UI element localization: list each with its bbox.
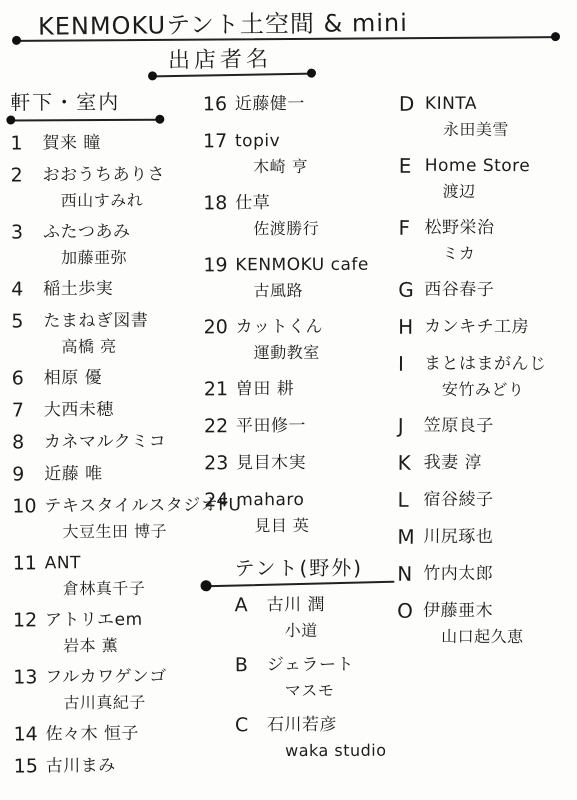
entry-name: 川尻琢也 [423,525,575,551]
entry-name: 相原 優 [44,366,202,392]
entry-number: 4 [11,277,43,302]
list-item: 21 曽田 耕 [204,377,399,403]
entry-line: maharo [236,488,399,514]
entry-number: 13 [13,665,45,690]
entry-letter: C [235,713,267,738]
entry-name: 賀来 瞳 [42,131,200,157]
entry-number: 3 [11,220,43,245]
entry-number: 22 [204,414,236,439]
entry-name: 曽田 耕 [236,377,399,403]
entry-number: 7 [12,398,44,423]
entry-line: 古川まみ [46,753,204,779]
list-item: 4 稲土歩実 [11,277,201,303]
tent-underline [205,581,395,588]
list-item: B ジェラートマスモ [235,653,400,704]
entry-number: 10 [12,494,44,519]
entry-line: waka studio [267,738,400,763]
entry-number: 6 [12,366,44,391]
entry-name: まとはまがんじ安竹みどり [424,352,576,403]
entry-line: 宿谷綾子 [424,488,576,514]
list-item: C 石川若彦waka studio [235,713,400,764]
list-item: E Home Store渡辺 [399,154,577,205]
entry-letter: A [235,593,267,618]
entry-line: 永田美雪 [425,117,577,143]
entry-line: たまねぎ図書 [43,309,201,335]
page-subtitle: 出店者名 [168,40,369,74]
list-item: 23 見目木実 [204,451,399,477]
entry-line: 西谷春子 [424,278,576,304]
entry-letter: L [398,488,424,513]
entry-letter: H [398,315,424,340]
list-item: 13 フルカワゲンゴ古川真紀子 [13,664,203,715]
list-item: 22 平田修一 [204,414,399,440]
list-item: F 松野栄治ミカ [398,216,576,267]
entry-number: 8 [12,430,44,455]
list-item: 16 近藤健一 [203,92,398,118]
entry-line: 倉林真千子 [45,576,203,602]
entry-number: 16 [203,92,235,117]
list-item: 14 佐々木 恒子 [13,721,203,747]
entry-line: 見目 英 [236,513,399,539]
entry-number: 11 [13,551,45,576]
indoor-list-continued: 16 近藤健一 17 topiv木崎 亨 18 仕草佐渡勝行 19 KENMOK… [203,92,400,539]
entry-line: 賀来 瞳 [42,131,200,157]
list-item: I まとはまがんじ安竹みどり [398,352,576,403]
entry-letter: E [399,154,425,179]
entry-letter: I [398,352,424,377]
entry-line: 山口起久恵 [423,624,575,650]
entry-name: 松野栄治ミカ [424,216,576,267]
list-item: 10 テキスタイルスタジオFU大豆生田 博子 [12,494,202,545]
list-item: G 西谷春子 [398,278,576,304]
entry-name: KENMOKU cafe古風路 [235,253,398,304]
entry-name: フルカワゲンゴ古川真紀子 [45,664,203,715]
page-title: KENMOKUテント土空間 & mini [38,1,538,41]
list-item: 19 KENMOKU cafe古風路 [203,253,398,304]
entry-line: 石川若彦 [267,713,400,738]
list-item: 12 アトリエem岩本 薫 [13,608,203,659]
entry-line: カネマルクミコ [44,430,202,456]
entry-name: 石川若彦waka studio [267,713,400,763]
entry-name: 我妻 淳 [424,451,576,477]
entry-line: KENMOKU cafe [235,253,398,279]
entry-name: Home Store渡辺 [425,154,577,205]
entry-line: 竹内太郎 [423,562,575,588]
entry-line: 運動教室 [236,340,399,366]
entry-name: 伊藤亜木山口起久恵 [423,599,575,650]
ink-dot-icon [12,36,21,45]
entry-line: 曽田 耕 [236,377,399,403]
entry-line: 笠原良子 [424,414,576,440]
list-item: 20 カットくん運動教室 [204,315,399,366]
entry-line: 大西未穂 [44,398,202,424]
entry-name: topiv木崎 亨 [235,129,398,180]
entry-line: 古風路 [235,278,398,304]
entry-line: Home Store [425,154,577,180]
entry-name: おおうちありさ西山すみれ [43,163,201,214]
entry-letter: F [398,216,424,241]
entry-line: おおうちありさ [43,163,201,189]
entry-name: 平田修一 [236,414,399,440]
section-header-indoor: 軒下・室内 [10,86,200,116]
list-item: J 笠原良子 [398,414,576,440]
entry-name: KINTA永田美雪 [425,92,577,143]
entry-line: カットくん [236,315,399,341]
entry-line: 伊藤亜木 [423,599,575,625]
list-item: A 古川 潤小道 [235,593,400,644]
entry-number: 21 [204,377,236,402]
entry-name: 笠原良子 [424,414,576,440]
indoor-list: 1 賀来 瞳 2 おおうちありさ西山すみれ 3 ふたつあみ加藤亜弥 4 稲土歩実 [10,131,203,780]
list-item: 11 ANT倉林真千子 [13,551,203,602]
entry-letter: N [397,562,423,587]
entry-letter: K [398,451,424,476]
entry-line: 見目木実 [236,451,399,477]
entry-number: 17 [203,129,235,154]
ink-dot-icon [148,71,157,80]
entry-line: 仕草 [235,191,398,217]
entry-letter: D [399,92,425,117]
entry-number: 23 [204,451,236,476]
entry-line: ジェラート [267,653,400,678]
entry-line: 西山すみれ [43,188,201,214]
ink-dot-icon [6,115,15,124]
list-item: N 竹内太郎 [397,562,575,588]
entry-line: 我妻 淳 [424,451,576,477]
entry-line: ふたつあみ [43,220,201,246]
entry-line: 佐々木 恒子 [45,721,203,747]
tent-list: A 古川 潤小道 B ジェラートマスモ C 石川若彦waka studio [205,593,401,764]
entry-line: 佐渡勝行 [235,216,398,242]
ink-dot-icon [307,69,316,78]
entry-name: 近藤 唯 [44,462,202,488]
entry-name: 竹内太郎 [423,562,575,588]
entry-number: 5 [11,309,43,334]
entry-letter: O [397,599,423,624]
entry-number: 9 [12,462,44,487]
entry-line: 平田修一 [236,414,399,440]
entry-letter: G [398,278,424,303]
entry-line: 古川真紀子 [45,689,203,715]
entry-line: 稲土歩実 [43,277,201,303]
list-item: 17 topiv木崎 亨 [203,129,398,180]
entry-number: 18 [203,191,235,216]
column-middle: 16 近藤健一 17 topiv木崎 亨 18 仕草佐渡勝行 19 KENMOK… [203,92,400,774]
entry-line: 渡辺 [425,179,577,205]
entry-line: マスモ [267,678,400,703]
entry-name: 稲土歩実 [43,277,201,303]
entry-name: カンキチ工房 [424,315,576,341]
entry-line: KINTA [425,92,577,118]
entry-number: 14 [13,722,45,747]
entry-line: 岩本 薫 [45,632,203,658]
entry-number: 24 [204,488,236,513]
list-item: 8 カネマルクミコ [12,430,202,456]
list-item: 1 賀来 瞳 [10,131,200,157]
indoor-underline [10,119,160,122]
list-item: 6 相原 優 [12,366,202,392]
entry-line: フルカワゲンゴ [45,664,203,690]
entry-name: ふたつあみ加藤亜弥 [43,220,201,271]
entry-line: 川尻琢也 [423,525,575,551]
entry-line: ミカ [424,241,576,267]
entry-line: topiv [235,129,398,155]
entry-line: 加藤亜弥 [43,245,201,271]
entry-letter: J [398,414,424,439]
entry-name: 西谷春子 [424,278,576,304]
ink-dot-icon [155,115,164,124]
ink-dot-icon [200,580,211,591]
entry-name: ANT倉林真千子 [45,551,203,602]
list-item: O 伊藤亜木山口起久恵 [397,599,575,650]
list-item: L 宿谷綾子 [398,488,576,514]
entry-letter: M [397,525,423,550]
entry-number: 1 [10,131,42,156]
entry-name: 佐々木 恒子 [45,721,203,747]
entry-line: 松野栄治 [424,216,576,242]
entry-line: 近藤健一 [235,92,398,118]
entry-line: 小道 [267,618,400,643]
entry-line: 近藤 唯 [44,462,202,488]
entry-name: maharo見目 英 [236,488,399,539]
entry-line: 相原 優 [44,366,202,392]
list-item: D KINTA永田美雪 [399,92,577,143]
list-item: 24 maharo見目 英 [204,488,399,539]
list-item: 18 仕草佐渡勝行 [203,191,398,242]
column-right: D KINTA永田美雪 E Home Store渡辺 F 松野栄治ミカ G 西谷… [397,92,577,662]
column-indoor: 軒下・室内 1 賀来 瞳 2 おおうちありさ西山すみれ 3 ふたつあみ加藤亜弥 [10,86,204,787]
entry-name: 大西未穂 [44,398,202,424]
ink-dot-icon [551,32,560,41]
entry-line: 古川 潤 [267,593,400,618]
list-item: 2 おおうちありさ西山すみれ [11,163,201,214]
entry-number: 2 [11,163,43,188]
list-item: 15 古川まみ [14,753,204,779]
entry-number: 12 [13,608,45,633]
entry-line: アトリエem [45,608,203,634]
entry-name: 近藤健一 [235,92,398,118]
entry-name: 宿谷綾子 [424,488,576,514]
section-header-tent: テント(野外) [234,552,399,582]
list-item: M 川尻琢也 [397,525,575,551]
list-item: 5 たまねぎ図書高橋 亮 [11,309,201,360]
list-item: 9 近藤 唯 [12,462,202,488]
entry-line: カンキチ工房 [424,315,576,341]
list-item: 7 大西未穂 [12,398,202,424]
entry-name: 仕草佐渡勝行 [235,191,398,242]
entry-name: アトリエem岩本 薫 [45,608,203,659]
entry-number: 15 [14,754,46,779]
entry-name: 古川 潤小道 [267,593,400,643]
entry-line: まとはまがんじ [424,352,576,378]
entry-line: 木崎 亨 [235,154,398,180]
entry-name: カネマルクミコ [44,430,202,456]
entry-line: 安竹みどり [424,377,576,403]
list-item: H カンキチ工房 [398,315,576,341]
entry-name: ジェラートマスモ [267,653,400,703]
entry-name: 見目木実 [236,451,399,477]
list-item: 3 ふたつあみ加藤亜弥 [11,220,201,271]
entry-name: カットくん運動教室 [236,315,399,366]
entry-number: 20 [204,315,236,340]
entry-number: 19 [203,253,235,278]
handwritten-exhibitor-list: KENMOKUテント土空間 & mini 出店者名 軒下・室内 1 賀来 瞳 2 [0,0,577,800]
entry-line: ANT [45,551,203,577]
entry-line: 高橋 亮 [43,334,201,360]
entry-name: たまねぎ図書高橋 亮 [43,309,201,360]
tent-list-continued: D KINTA永田美雪 E Home Store渡辺 F 松野栄治ミカ G 西谷… [397,92,577,650]
entry-letter: B [235,653,267,678]
list-item: K 我妻 淳 [398,451,576,477]
entry-name: 古川まみ [46,753,204,779]
